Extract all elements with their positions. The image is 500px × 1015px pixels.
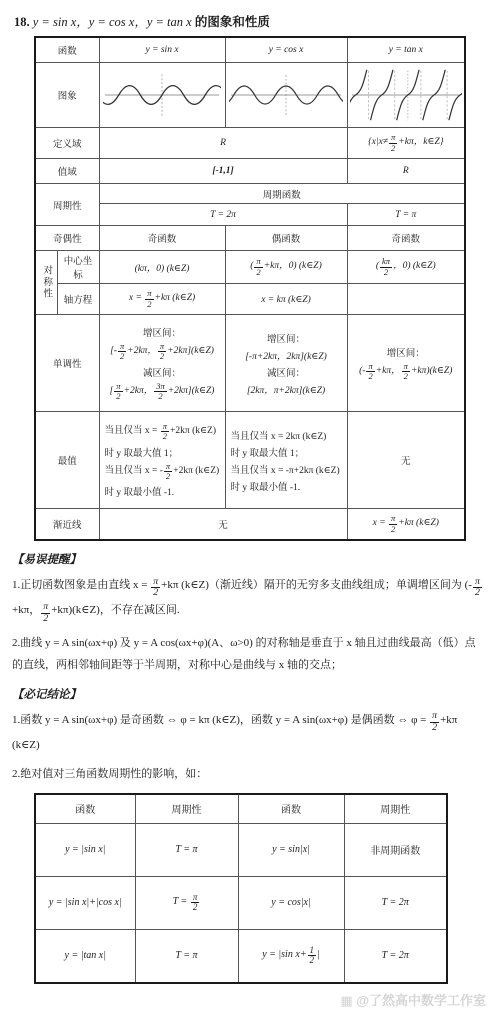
table-row-asymptote: 渐近线 无 x = π2+kπ (k∈Z) (35, 509, 465, 541)
properties-table: 函数 y = sin x y = cos x y = tan x 图象 (34, 36, 466, 541)
extrema-cos-min: 时 y 取最小值 -1. (231, 479, 345, 493)
warning-item-1: 1.正切函数图象是由直线 x = π2+kπ (k∈Z)（渐近线）隔开的无穷多支… (12, 574, 486, 625)
conclusion-item-1: 1.函数 y = A sin(ωx+φ) 是奇函数 ⇔ φ = kπ (k∈Z)… (12, 709, 486, 756)
page-title: 18. y = sin x，y = cos x，y = tan x 的图象和性质 (14, 12, 486, 30)
table-row-extrema: 最值 当且仅当 x = π2+2kπ (k∈Z) 时 y 取最大值 1； 当且仅… (35, 412, 465, 509)
periodicity-header-row: 函数 周期性 函数 周期性 (35, 794, 447, 824)
range-sincos: [-1,1] (99, 159, 347, 184)
extrema-sin-min: 时 y 取最小值 -1. (105, 484, 223, 498)
sine-graph-icon (103, 68, 221, 122)
symmetry-axis-sin: x = π2+kπ (k∈Z) (99, 284, 225, 315)
symmetry-center-label: 中心坐标 (57, 251, 99, 284)
parity-label: 奇偶性 (35, 226, 99, 251)
tangent-graph-icon (350, 66, 462, 124)
warning-section-header: 【易误提醒】 (12, 551, 486, 567)
symmetry-label: 对称性 (35, 251, 57, 315)
table-row-range: 值域 [-1,1] R (35, 159, 465, 184)
monotonicity-cos: 增区间： [-π+2kπ，2kπ](k∈Z) 减区间： [2kπ，π+2kπ](… (225, 315, 347, 412)
periodicity-row-2: y = |sin x|+|cos x| T = π2 y = cos|x| T … (35, 876, 447, 929)
periodicity-row-3: y = |tan x| T = π y = |sin x+12| T = 2π (35, 929, 447, 983)
table-row-period-1: 周期性 周期函数 (35, 184, 465, 204)
table-row-graphs: 图象 (35, 63, 465, 128)
symmetry-center-cos: (π2+kπ，0) (k∈Z) (225, 251, 347, 284)
header-tan: y = tan x (347, 37, 465, 63)
symmetry-center-sin: (kπ，0) (k∈Z) (99, 251, 225, 284)
extrema-cos-max: 时 y 取最大值 1； (231, 445, 345, 459)
mono-tan-inc-label: 增区间： (350, 345, 463, 359)
table-row-header: 函数 y = sin x y = cos x y = tan x (35, 37, 465, 63)
table-row-monotonicity: 单调性 增区间： [-π2+2kπ，π2+2kπ](k∈Z) 减区间： [π2+… (35, 315, 465, 412)
watermark-text: @了然高中数学工作室 (356, 993, 486, 1008)
mono-cos-dec: [2kπ，π+2kπ](k∈Z) (228, 382, 345, 396)
asymptote-label: 渐近线 (35, 509, 99, 541)
parity-cos: 偶函数 (225, 226, 347, 251)
t2-r3c1: y = |tan x| (35, 929, 135, 983)
title-number: 18. (14, 15, 30, 29)
extrema-sin-min-cond: 当且仅当 x = -π2+2kπ (k∈Z) (105, 462, 223, 482)
extrema-cos-max-cond: 当且仅当 x = 2kπ (k∈Z) (231, 428, 345, 442)
t2-r1c3: y = sin|x| (238, 823, 344, 876)
period-label: 周期性 (35, 184, 99, 226)
parity-sin: 奇函数 (99, 226, 225, 251)
period-sincos: T = 2π (99, 204, 347, 226)
header-cos: y = cos x (225, 37, 347, 63)
table-row-domain: 定义域 R {x|x≠π2+kπ，k∈Z} (35, 128, 465, 159)
t2-r3c2: T = π (135, 929, 238, 983)
asymptote-tan: x = π2+kπ (k∈Z) (347, 509, 465, 541)
title-text: 的图象和性质 (195, 15, 270, 29)
t2-r3c4: T = 2π (344, 929, 447, 983)
t2-header-function-2: 函数 (238, 794, 344, 824)
table-row-parity: 奇偶性 奇函数 偶函数 奇函数 (35, 226, 465, 251)
graph-label: 图象 (35, 63, 99, 128)
mono-sin-dec-label: 减区间： (102, 365, 223, 379)
cosine-graph-cell (225, 63, 347, 128)
table-row-symmetry-center: 对称性 中心坐标 (kπ，0) (k∈Z) (π2+kπ，0) (k∈Z) (k… (35, 251, 465, 284)
monotonicity-tan: 增区间： (-π2+kπ，π2+kπ)(k∈Z) (347, 315, 465, 412)
t2-r1c4: 非周期函数 (344, 823, 447, 876)
t2-r2c4: T = 2π (344, 876, 447, 929)
mono-tan-inc: (-π2+kπ，π2+kπ)(k∈Z) (350, 362, 463, 382)
header-sin: y = sin x (99, 37, 225, 63)
periodicity-table: 函数 周期性 函数 周期性 y = |sin x| T = π y = sin|… (34, 793, 448, 984)
asymptote-sincos: 无 (99, 509, 347, 541)
domain-label: 定义域 (35, 128, 99, 159)
mono-sin-dec: [π2+2kπ，3π2+2kπ](k∈Z) (102, 382, 223, 402)
sine-graph-cell (99, 63, 225, 128)
period-all: 周期函数 (99, 184, 465, 204)
watermark-logo-icon: ▦ (340, 993, 352, 1008)
mono-sin-inc: [-π2+2kπ，π2+2kπ](k∈Z) (102, 342, 223, 362)
header-label: 函数 (35, 37, 99, 63)
symmetry-axis-label: 轴方程 (57, 284, 99, 315)
mono-sin-inc-label: 增区间： (102, 325, 223, 339)
extrema-sin: 当且仅当 x = π2+2kπ (k∈Z) 时 y 取最大值 1； 当且仅当 x… (99, 412, 225, 509)
conclusion-section-header: 【必记结论】 (12, 686, 486, 702)
range-tan: R (347, 159, 465, 184)
domain-sincos: R (99, 128, 347, 159)
extrema-cos-min-cond: 当且仅当 x = -π+2kπ (k∈Z) (231, 462, 345, 476)
range-label: 值域 (35, 159, 99, 184)
document-page: 18. y = sin x，y = cos x，y = tan x 的图象和性质… (0, 0, 500, 1015)
table-row-symmetry-axis: 轴方程 x = π2+kπ (k∈Z) x = kπ (k∈Z) (35, 284, 465, 315)
mono-cos-inc-label: 增区间： (228, 331, 345, 345)
t2-r2c2: T = π2 (135, 876, 238, 929)
periodicity-row-1: y = |sin x| T = π y = sin|x| 非周期函数 (35, 823, 447, 876)
extrema-cos: 当且仅当 x = 2kπ (k∈Z) 时 y 取最大值 1； 当且仅当 x = … (225, 412, 347, 509)
symmetry-axis-tan (347, 284, 465, 315)
symmetry-axis-cos: x = kπ (k∈Z) (225, 284, 347, 315)
t2-r2c3: y = cos|x| (238, 876, 344, 929)
t2-r3c3: y = |sin x+12| (238, 929, 344, 983)
extrema-sin-max: 时 y 取最大值 1； (105, 445, 223, 459)
mono-cos-dec-label: 减区间： (228, 365, 345, 379)
t2-header-period-2: 周期性 (344, 794, 447, 824)
t2-header-period-1: 周期性 (135, 794, 238, 824)
extrema-tan: 无 (347, 412, 465, 509)
watermark: ▦ @了然高中数学工作室 (12, 990, 486, 1009)
monotonicity-sin: 增区间： [-π2+2kπ，π2+2kπ](k∈Z) 减区间： [π2+2kπ，… (99, 315, 225, 412)
period-tan: T = π (347, 204, 465, 226)
title-formulas: y = sin x，y = cos x，y = tan x (33, 15, 192, 29)
domain-tan: {x|x≠π2+kπ，k∈Z} (347, 128, 465, 159)
warning-item-2: 2.曲线 y = A sin(ωx+φ) 及 y = A cos(ωx+φ)(A… (12, 632, 486, 676)
parity-tan: 奇函数 (347, 226, 465, 251)
tangent-graph-cell (347, 63, 465, 128)
table-row-period-2: T = 2π T = π (35, 204, 465, 226)
symmetry-center-tan: (kπ2，0) (k∈Z) (347, 251, 465, 284)
mono-cos-inc: [-π+2kπ，2kπ](k∈Z) (228, 348, 345, 362)
monotonicity-label: 单调性 (35, 315, 99, 412)
t2-r1c2: T = π (135, 823, 238, 876)
extrema-label: 最值 (35, 412, 99, 509)
t2-r2c1: y = |sin x|+|cos x| (35, 876, 135, 929)
cosine-graph-icon (229, 68, 343, 122)
conclusion-item-2: 2.绝对值对三角函数周期性的影响，如： (12, 763, 486, 785)
t2-header-function-1: 函数 (35, 794, 135, 824)
extrema-sin-max-cond: 当且仅当 x = π2+2kπ (k∈Z) (105, 422, 223, 442)
t2-r1c1: y = |sin x| (35, 823, 135, 876)
